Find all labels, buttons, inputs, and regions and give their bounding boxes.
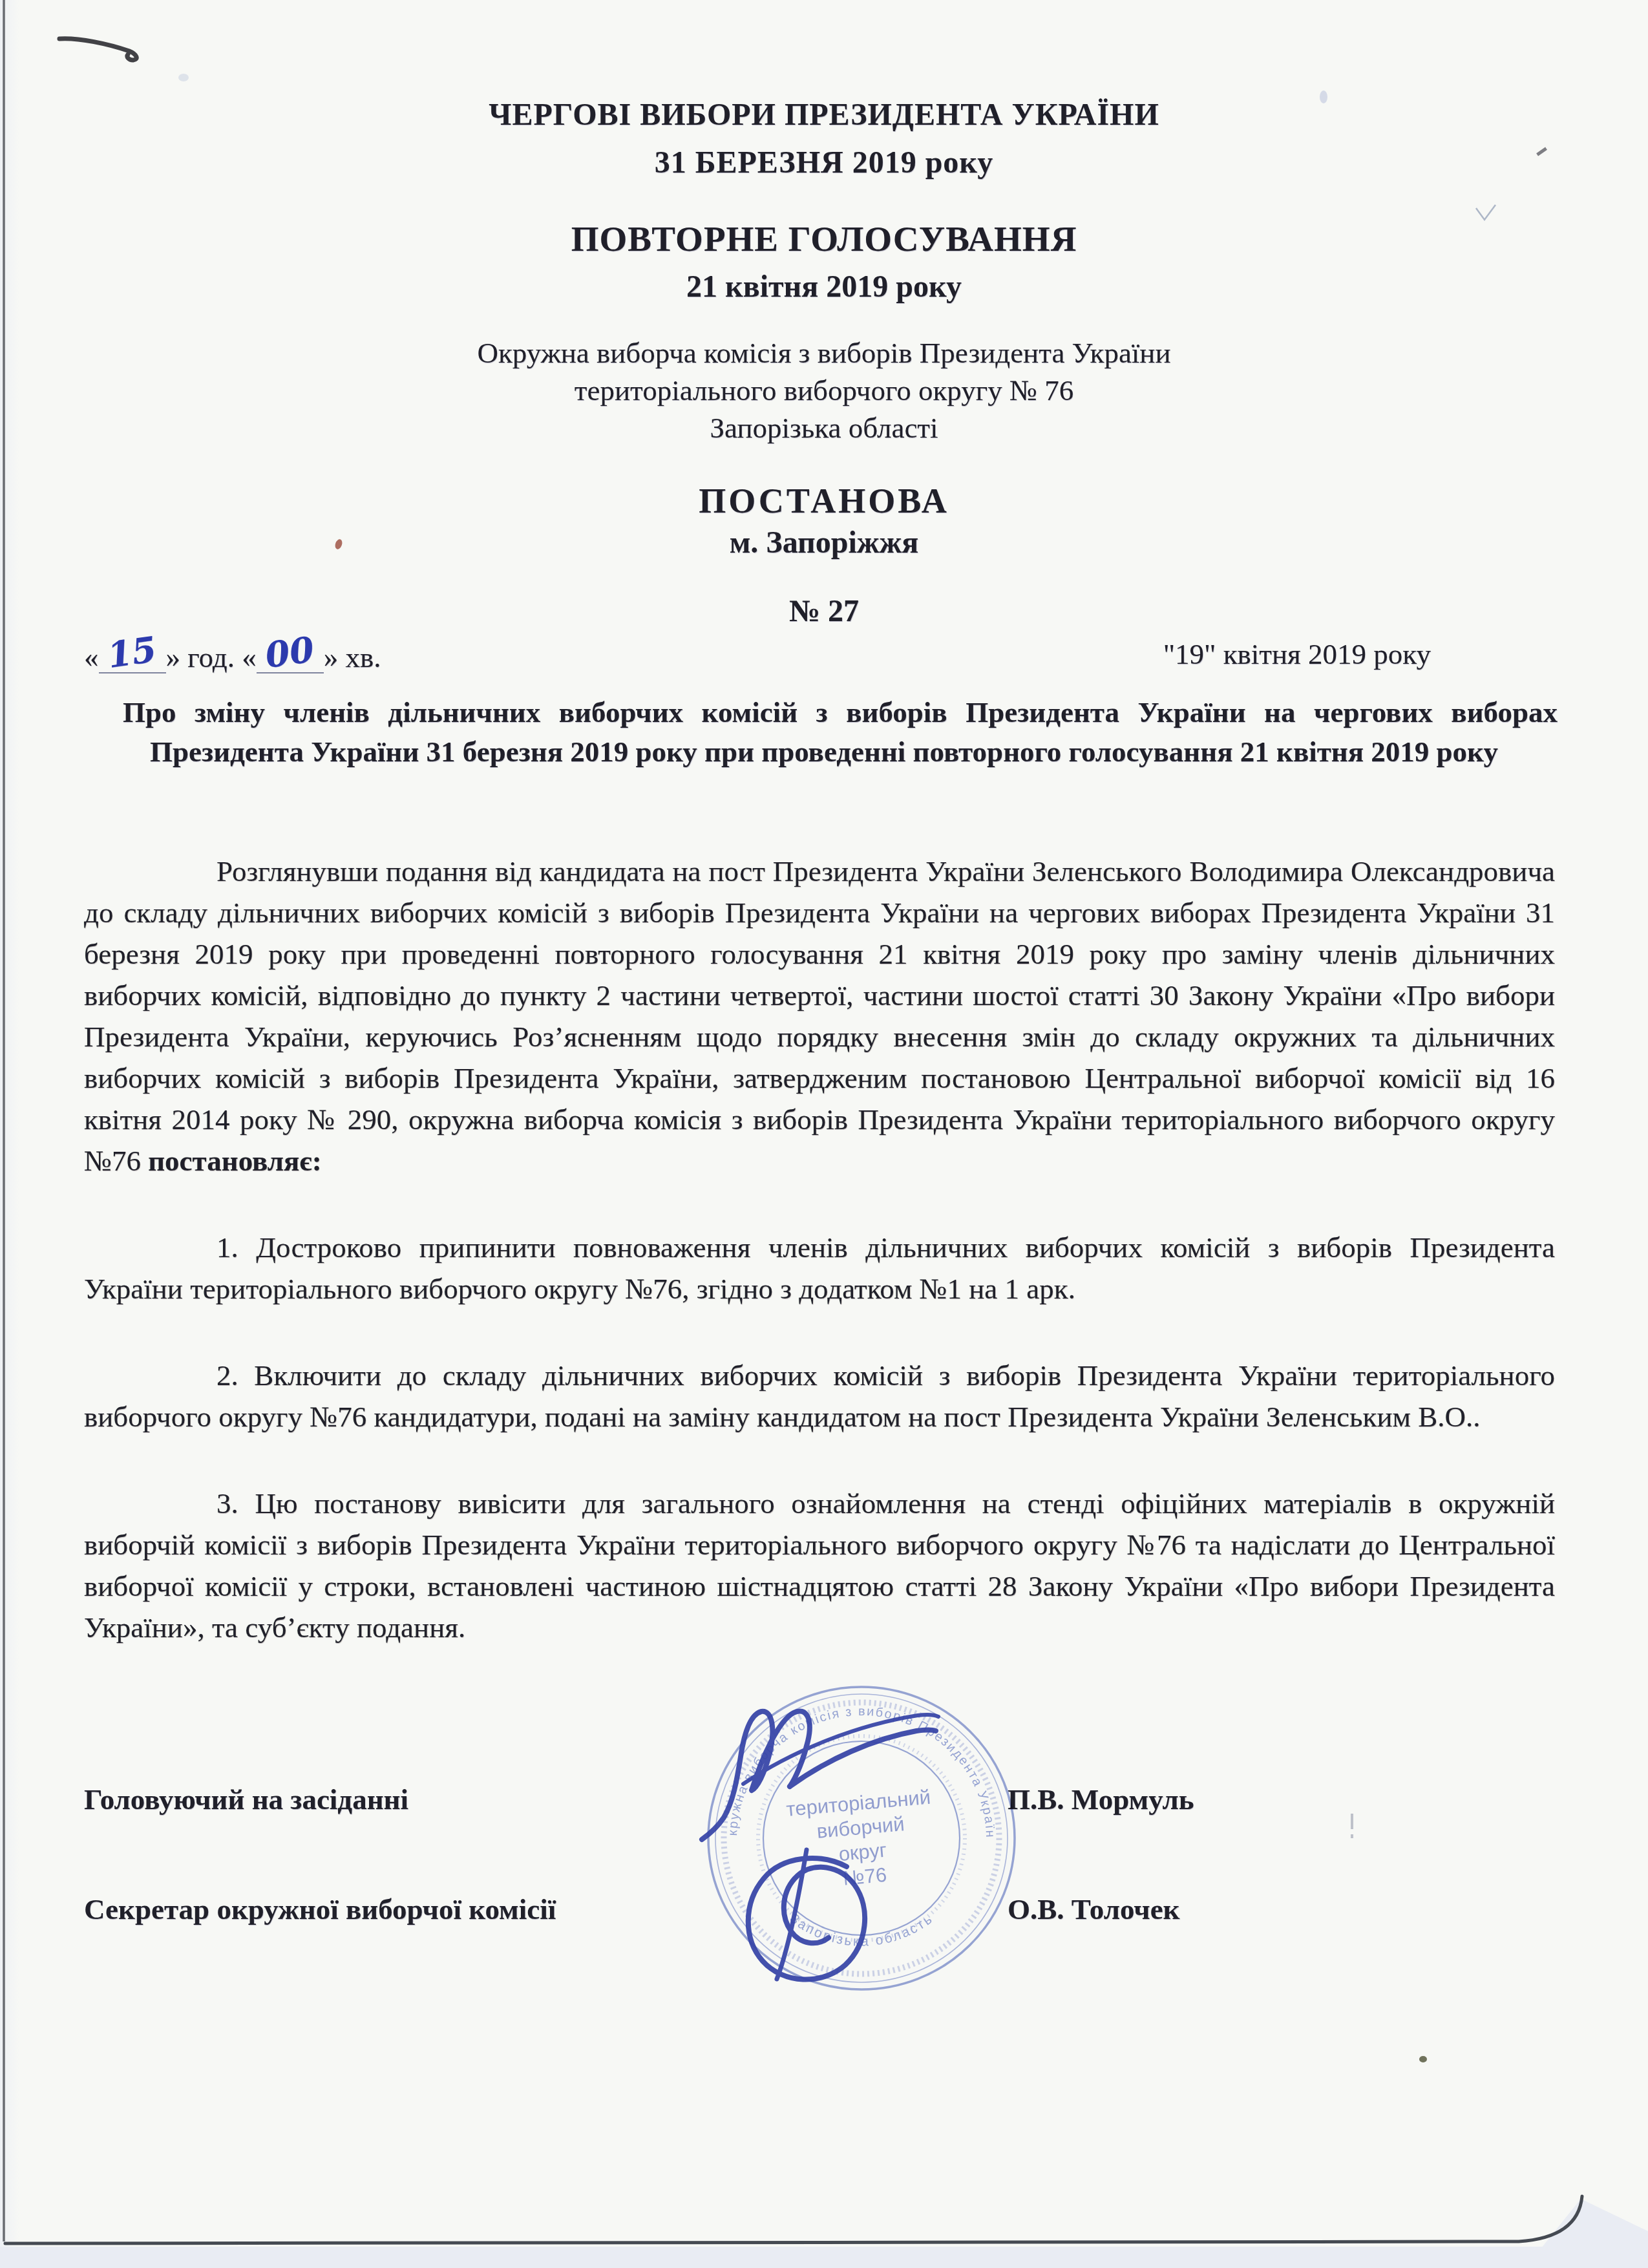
resolution-item-1: 1. Достроково припинити повноваження чле…	[84, 1227, 1555, 1309]
minutes-blank: 00	[257, 637, 324, 673]
commission-region: Запорізька області	[0, 411, 1648, 445]
resolution-item-3: 3. Цю постанову вивісити для загального …	[84, 1483, 1555, 1648]
pen-mark	[59, 39, 136, 60]
stamp-center-line4: №76	[842, 1863, 888, 1890]
repeat-voting-heading: ПОВТОРНЕ ГОЛОСУВАННЯ	[0, 218, 1648, 259]
paper-bottom-edge	[5, 2196, 1582, 2243]
handwritten-minutes: 00	[263, 631, 316, 673]
stamp-center-line1: територіальний	[785, 1786, 931, 1821]
resolution-title: Про зміну членів дільничних виборчих ком…	[90, 693, 1558, 772]
stamp-arc-bottom-text: Запорізька область	[787, 1911, 936, 1949]
doc-city: м. Запоріжжя	[0, 525, 1648, 560]
doc-type-heading: ПОСТАНОВА	[0, 481, 1648, 521]
chairman-name: П.В. Мормуль	[1008, 1783, 1194, 1816]
resolution-body: Розглянувши подання від кандидата на пос…	[84, 851, 1555, 1648]
scanned-document-page: ЧЕРГОВІ ВИБОРИ ПРЕЗИДЕНТА УКРАЇНИ 31 БЕР…	[0, 0, 1648, 2268]
scanner-corner	[1525, 2199, 1648, 2268]
intro-paragraph: Розглянувши подання від кандидата на пос…	[84, 851, 1555, 1182]
quote-open-hour: «	[84, 641, 99, 673]
chairman-signature	[702, 1711, 938, 1839]
resolution-item-2: 2. Включити до складу дільничних виборчи…	[84, 1355, 1555, 1437]
scan-speck	[1351, 1814, 1353, 1829]
minutes-label: » хв.	[324, 641, 381, 673]
scanner-background-strip	[0, 2247, 1648, 2268]
chairman-role-label: Головуючий на засіданні	[84, 1783, 408, 1816]
secretary-signature	[748, 1850, 865, 1980]
scan-speck	[178, 74, 189, 81]
quote-open-min: «	[242, 641, 257, 673]
scan-speck	[1476, 205, 1495, 220]
scan-speck	[1419, 2056, 1427, 2062]
repeat-voting-date: 21 квітня 2019 року	[0, 269, 1648, 304]
commission-name-line1: Окружна виборча комісія з виборів Презид…	[0, 336, 1648, 370]
intro-text: Розглянувши подання від кандидата на пос…	[84, 855, 1555, 1177]
protocol-time-line: «15» год. «00» хв.	[84, 637, 381, 674]
hour-blank: 15	[99, 637, 166, 673]
hour-label: » год.	[166, 641, 235, 673]
stamp-center-line2: виборчий	[816, 1812, 905, 1843]
secretary-role-label: Секретар окружної виборчої комісії	[84, 1892, 556, 1926]
election-header-line1: ЧЕРГОВІ ВИБОРИ ПРЕЗИДЕНТА УКРАЇНИ	[0, 97, 1648, 132]
scan-speck	[1351, 1834, 1353, 1838]
doc-number: № 27	[0, 593, 1648, 629]
stamp-center-line3: округ	[838, 1839, 887, 1865]
intro-resolves-word: постановляє:	[148, 1145, 322, 1177]
commission-name-line2: територіального виборчого округу № 76	[0, 374, 1648, 407]
secretary-name: О.В. Толочек	[1008, 1892, 1180, 1926]
doc-date: "19" квітня 2019 року	[1163, 637, 1431, 671]
election-header-line2: 31 БЕРЕЗНЯ 2019 року	[0, 145, 1648, 180]
handwritten-hour: 15	[105, 631, 158, 673]
